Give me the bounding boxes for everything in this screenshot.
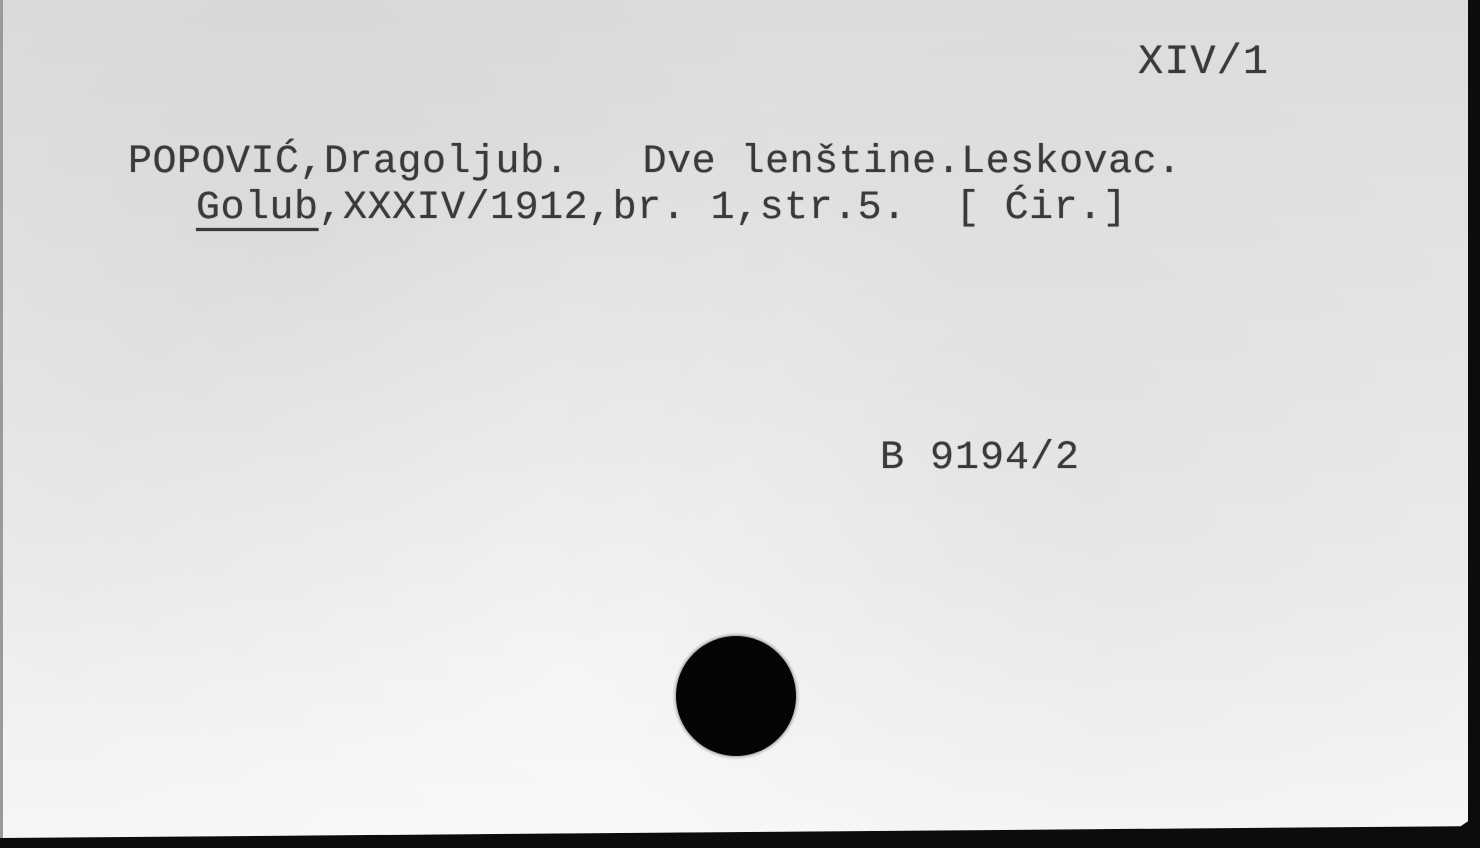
work-title: Dve lenštine.Leskovac. bbox=[643, 140, 1182, 185]
source-line: Golub,XXXIV/1912,br. 1,str.5. [ Ćir.] bbox=[196, 186, 1127, 231]
source-details: ,XXXIV/1912,br. 1,str.5. bbox=[319, 186, 907, 231]
script-note: [ Ćir.] bbox=[956, 186, 1128, 231]
author-title-line: POPOVIĆ,Dragoljub. Dve lenštine.Leskovac… bbox=[128, 140, 1182, 185]
author-name: POPOVIĆ,Dragoljub. bbox=[128, 140, 569, 185]
catalog-card: XIV/1 POPOVIĆ,Dragoljub. Dve lenštine.Le… bbox=[0, 0, 1468, 838]
punch-hole bbox=[676, 636, 796, 756]
card-edge bbox=[0, 0, 3, 838]
periodical-name: Golub bbox=[196, 186, 319, 231]
call-number: B 9194/2 bbox=[880, 436, 1080, 481]
classification-mark: XIV/1 bbox=[1138, 38, 1269, 86]
